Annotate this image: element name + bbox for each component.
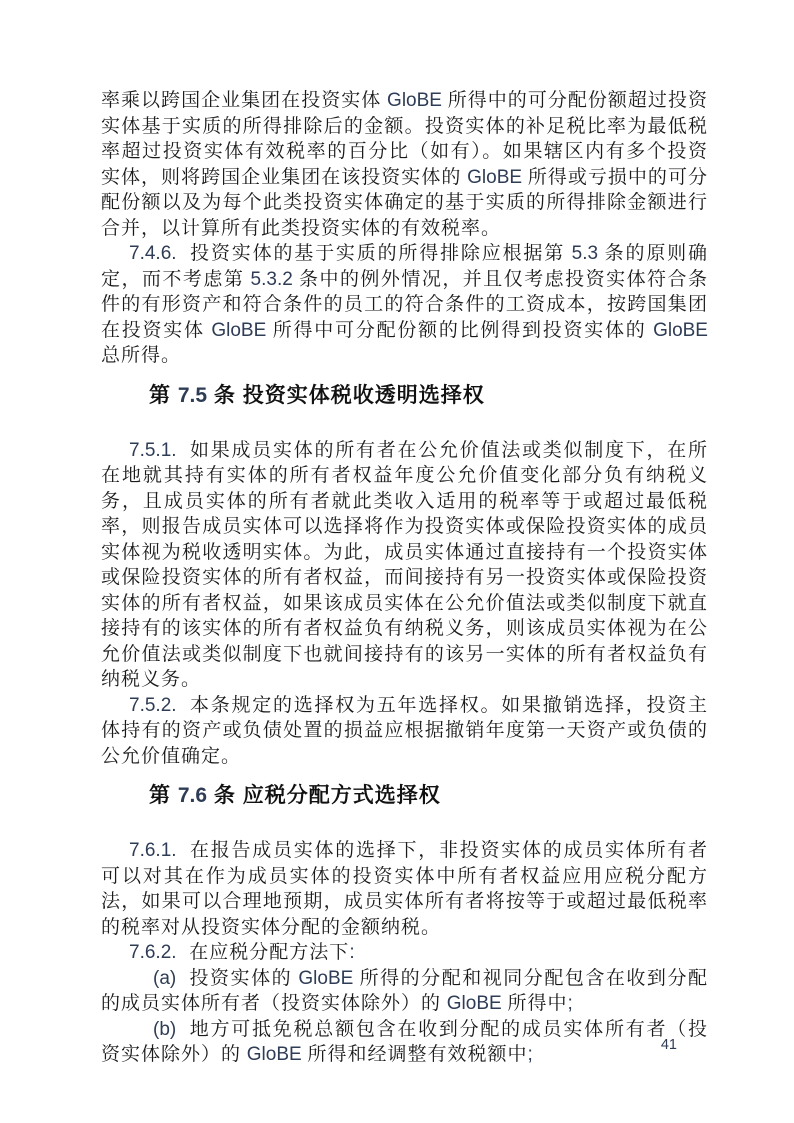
latin-run: GloBE: [653, 320, 708, 341]
latin-run: :: [349, 942, 354, 963]
section-heading: 第 7.6 条 应税分配方式选择权: [101, 781, 708, 811]
numbered-paragraph: 7.6.1. 在报告成员实体的选择下，非投资实体的成员实体所有者可以对其在作为成…: [101, 838, 708, 940]
latin-run: 7.6: [178, 784, 207, 807]
paragraph: 率乘以跨国企业集团在投资实体 GloBE 所得中的可分配份额超过投资实体基于实质…: [101, 88, 708, 241]
document-page: 率乘以跨国企业集团在投资实体 GloBE 所得中的可分配份额超过投资实体基于实质…: [0, 0, 794, 1123]
document-body: 率乘以跨国企业集团在投资实体 GloBE 所得中的可分配份额超过投资实体基于实质…: [101, 88, 708, 1068]
numbered-paragraph: 7.5.2. 本条规定的选择权为五年选择权。如果撤销选择，投资主体持有的资产或负…: [101, 693, 708, 770]
latin-run: 7.5: [178, 384, 207, 407]
latin-run: GloBE: [247, 1044, 302, 1065]
latin-run: ;: [527, 1044, 532, 1065]
latin-run: 5.3: [572, 243, 598, 264]
latin-run: (a): [153, 968, 176, 989]
latin-run: (b): [153, 1019, 176, 1040]
latin-run: 7.6.1.: [129, 840, 177, 861]
latin-run: ;: [567, 993, 572, 1014]
section-heading: 第 7.5 条 投资实体税收透明选择权: [101, 381, 708, 411]
latin-run: GloBE: [298, 968, 353, 989]
latin-run: 7.4.6.: [129, 243, 177, 264]
latin-run: GloBE: [467, 167, 522, 188]
latin-run: GloBE: [211, 320, 266, 341]
latin-run: 5.3.2: [251, 269, 293, 290]
numbered-paragraph: 7.5.1. 如果成员实体的所有者在公允价值法或类似制度下，在所在地就其持有实体…: [101, 438, 708, 693]
latin-run: GloBE: [387, 90, 442, 111]
latin-run: 7.5.1.: [129, 440, 177, 461]
list-item: (a) 投资实体的 GloBE 所得的分配和视同分配包含在收到分配的成员实体所有…: [101, 966, 708, 1017]
latin-run: 7.5.2.: [129, 695, 177, 716]
numbered-paragraph: 7.6.2. 在应税分配方法下:: [101, 940, 708, 966]
list-item: (b) 地方可抵免税总额包含在收到分配的成员实体所有者（投资实体除外）的 Glo…: [101, 1017, 708, 1068]
numbered-paragraph: 7.4.6. 投资实体的基于实质的所得排除应根据第 5.3 条的原则确定，而不考…: [101, 241, 708, 369]
latin-run: 7.6.2.: [129, 942, 177, 963]
page-number: 41: [661, 1037, 677, 1053]
latin-run: GloBE: [447, 993, 502, 1014]
